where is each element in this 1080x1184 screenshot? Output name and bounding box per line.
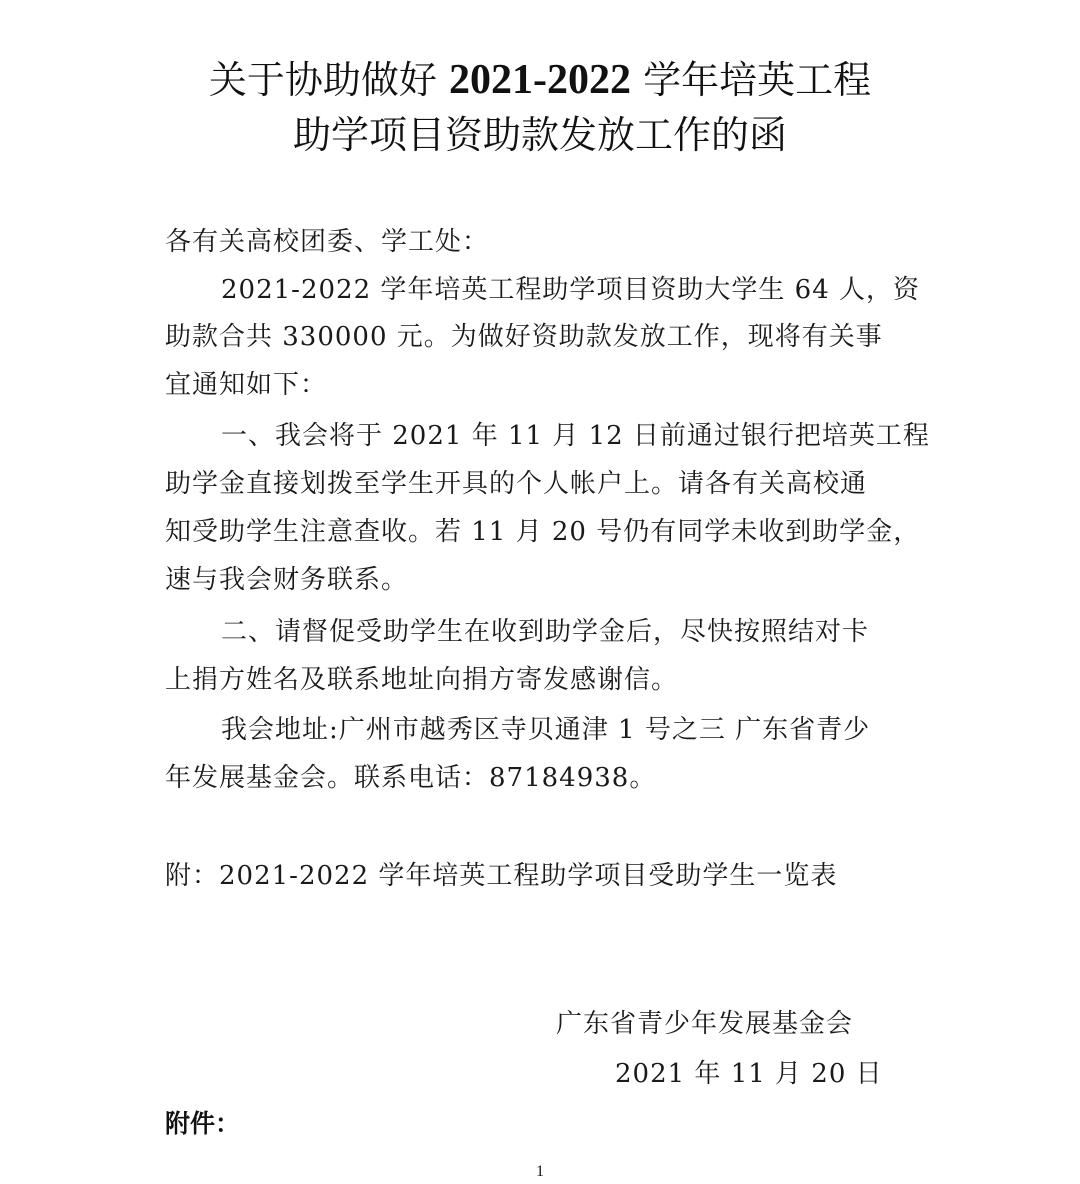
document-title-line-1: 关于协助做好 2021-2022 学年培英工程 (0, 58, 1080, 102)
body-line: 一、我会将于 2021 年 11 月 12 日前通过银行把培英工程 (221, 420, 981, 452)
body-line: 2021-2022 学年培英工程助学项目资助大学生 64 人，资 (221, 274, 981, 306)
signature-date: 2021 年 11 月 20 日 (615, 1058, 1080, 1090)
title-text: 学年培英工程 (631, 58, 871, 102)
title-text: 关于协助做好 (209, 58, 449, 102)
document-title-line-2: 助学项目资助款发放工作的函 (0, 113, 1080, 157)
body-line: 速与我会财务联系。 (165, 564, 925, 596)
body-line: 上捐方姓名及联系地址向捐方寄发感谢信。 (165, 664, 925, 696)
title-year-range: 2021-2022 (449, 57, 631, 103)
body-line: 宜通知如下： (165, 369, 925, 401)
body-line: 二、请督促受助学生在收到助学金后，尽快按照结对卡 (221, 616, 981, 648)
appendix-note: 附：2021-2022 学年培英工程助学项目受助学生一览表 (165, 860, 925, 892)
body-line: 助学金直接划拨至学生开具的个人帐户上。请各有关高校通 (165, 468, 925, 500)
body-line: 助款合共 330000 元。为做好资助款发放工作，现将有关事 (165, 321, 925, 353)
salutation: 各有关高校团委、学工处： (165, 226, 925, 258)
body-line: 年发展基金会。联系电话：87184938。 (165, 762, 925, 794)
body-line: 我会地址:广州市越秀区寺贝通津 1 号之三 广东省青少 (221, 714, 981, 746)
attachment-label: 附件： (165, 1108, 240, 1140)
signature-organization: 广东省青少年发展基金会 (556, 1008, 1080, 1040)
body-line: 知受助学生注意查收。若 11 月 20 号仍有同学未收到助学金， (165, 516, 925, 548)
page-number: 1 (0, 1163, 1080, 1181)
